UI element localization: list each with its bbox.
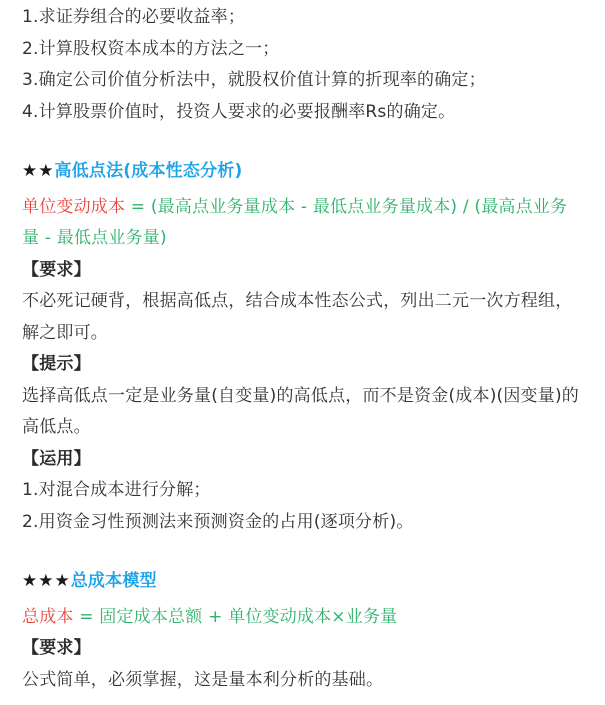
formula-term: 总成本	[22, 607, 74, 627]
section-title: 高低点法(成本性态分析)	[54, 161, 242, 181]
intro-item: 2.计算股权资本成本的方法之一；	[22, 34, 583, 66]
formula-expression: = 固定成本总额 + 单位变动成本×业务量	[74, 607, 398, 627]
study-notes-page: 1.求证券组合的必要收益率； 2.计算股权资本成本的方法之一； 3.确定公司价值…	[0, 0, 605, 705]
star-rating-icon: ★★	[22, 161, 54, 181]
section-title: 总成本模型	[71, 571, 157, 591]
block-label-hint: 【提示】	[22, 349, 583, 381]
section-heading: ★★高低点法(成本性态分析)	[22, 156, 583, 188]
section-heading: ★★★总成本模型	[22, 566, 583, 598]
intro-item: 3.确定公司价值分析法中，就股权价值计算的折现率的确定；	[22, 65, 583, 97]
application-item: 2.用资金习性预测法来预测资金的占用(逐项分析)。	[22, 507, 583, 539]
section-total-cost-model: ★★★总成本模型 总成本 = 固定成本总额 + 单位变动成本×业务量 【要求】 …	[22, 566, 583, 696]
block-text: 不必死记硬背，根据高低点，结合成本性态公式，列出二元一次方程组，解之即可。	[22, 286, 583, 349]
block-label-requirement: 【要求】	[22, 633, 583, 665]
star-rating-icon: ★★★	[22, 571, 71, 591]
block-text: 选择高低点一定是业务量(自变量)的高低点，而不是资金(成本)(因变量)的高低点。	[22, 381, 583, 444]
block-label-application: 【运用】	[22, 444, 583, 476]
formula: 单位变动成本 = (最高点业务量成本 - 最低点业务量成本) / (最高点业务量…	[22, 192, 583, 255]
intro-item: 1.求证券组合的必要收益率；	[22, 2, 583, 34]
block-text: 公式简单，必须掌握，这是量本利分析的基础。	[22, 665, 583, 697]
formula-term: 单位变动成本	[22, 197, 125, 217]
section-high-low-point-method: ★★高低点法(成本性态分析) 单位变动成本 = (最高点业务量成本 - 最低点业…	[22, 156, 583, 538]
formula: 总成本 = 固定成本总额 + 单位变动成本×业务量	[22, 602, 583, 634]
block-label-requirement: 【要求】	[22, 255, 583, 287]
intro-item: 4.计算股票价值时，投资人要求的必要报酬率Rs的确定。	[22, 97, 583, 129]
application-item: 1.对混合成本进行分解；	[22, 475, 583, 507]
